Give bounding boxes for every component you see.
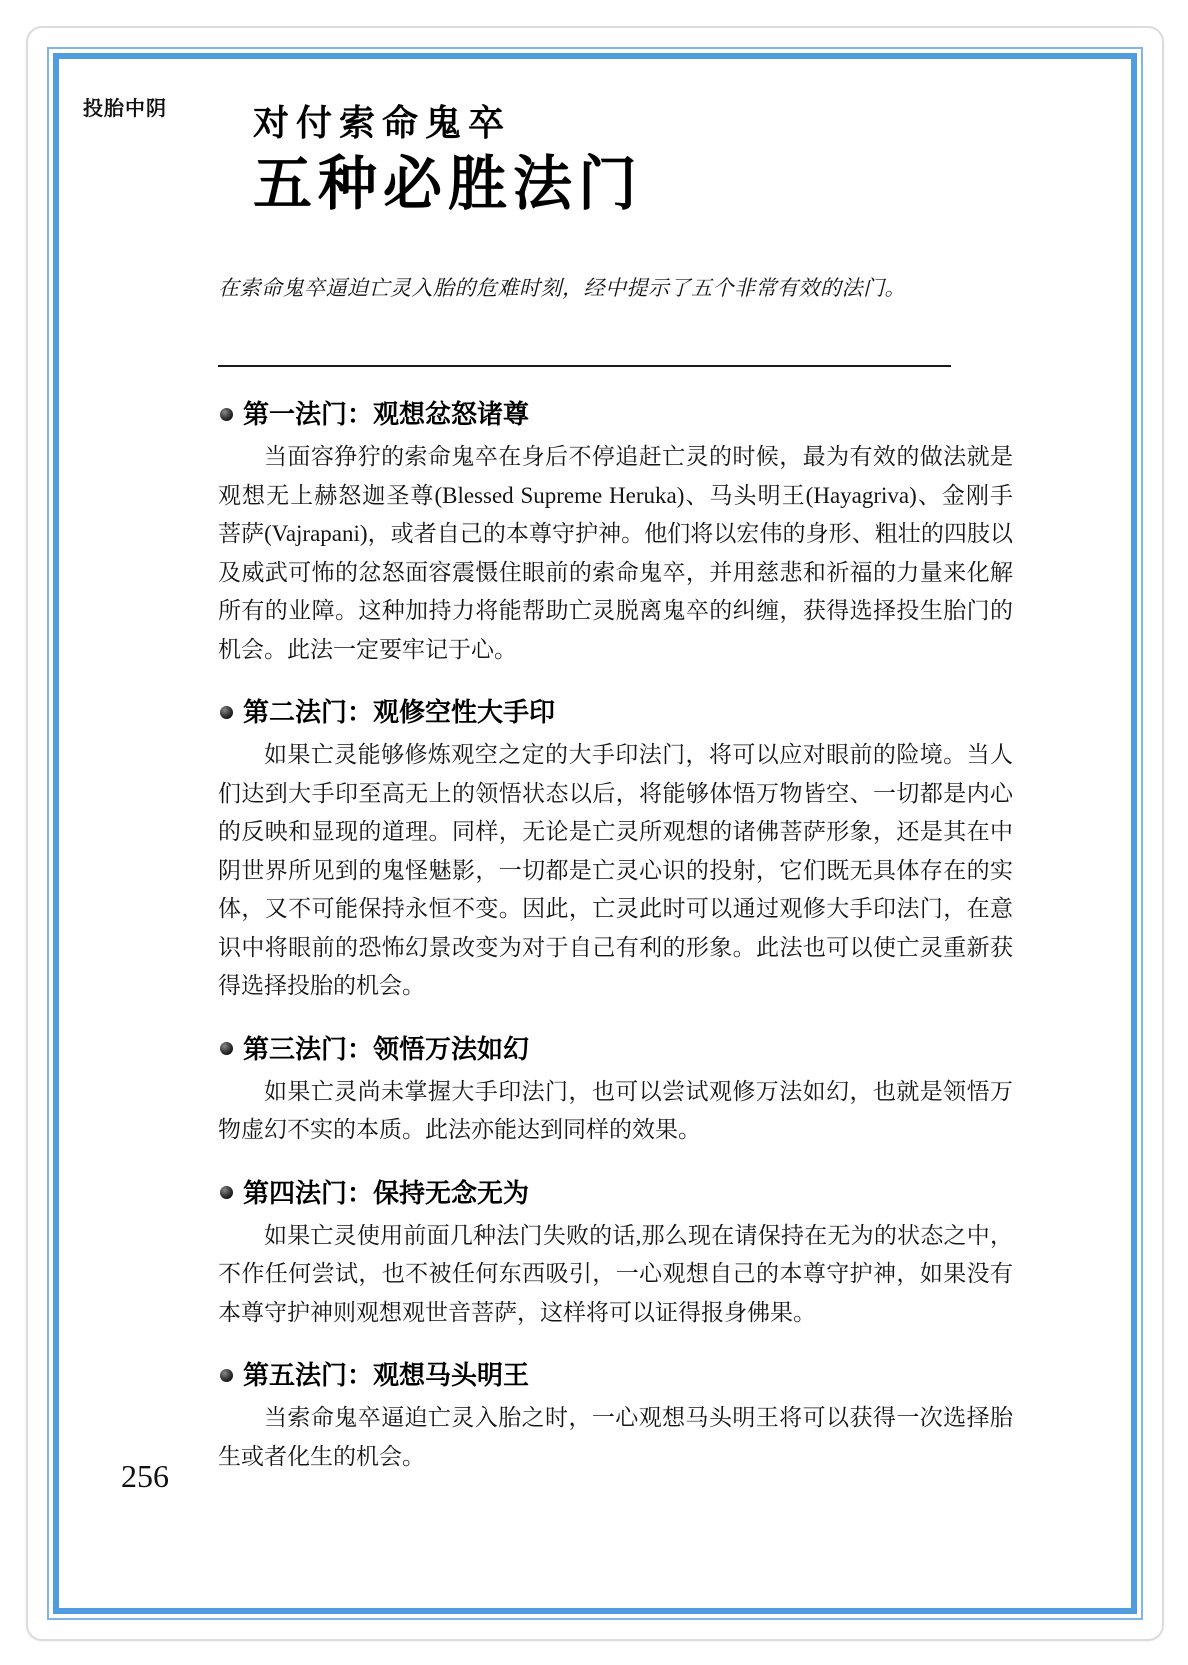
ornament-bullet-icon [220, 706, 233, 719]
ornament-bullet-icon [220, 1369, 233, 1382]
main-content: 在索命鬼卒逼迫亡灵入胎的危难时刻，经中提示了五个非常有效的法门。 第一法门：观想… [218, 272, 1013, 1476]
page-number: 256 [121, 1458, 169, 1495]
section-divider-rule [218, 365, 951, 368]
chapter-margin-label: 投胎中阴 [83, 92, 167, 121]
section-body-2: 如果亡灵能够修炼观空之定的大手印法门，将可以应对眼前的险境。当人们达到大手印至高… [218, 736, 1013, 1006]
ornament-bullet-icon [220, 1186, 233, 1199]
section-heading-label: 第二法门：观修空性大手印 [243, 695, 555, 729]
section-heading-2: 第二法门：观修空性大手印 [218, 695, 1013, 729]
section-body-3: 如果亡灵尚未掌握大手印法门，也可以尝试观修万法如幻，也就是领悟万物虚幻不实的本质… [218, 1073, 1013, 1150]
section-heading-1: 第一法门：观想忿怒诸尊 [218, 397, 1013, 431]
section-heading-4: 第四法门：保持无念无为 [218, 1176, 1013, 1210]
section-heading-3: 第三法门：领悟万法如幻 [218, 1032, 1013, 1066]
section-heading-5: 第五法门：观想马头明王 [218, 1358, 1013, 1392]
ornament-bullet-icon [220, 1042, 233, 1055]
section-body-4: 如果亡灵使用前面几种法门失败的话,那么现在请保持在无为的状态之中，不作任何尝试，… [218, 1217, 1013, 1333]
section-heading-label: 第五法门：观想马头明王 [243, 1358, 529, 1392]
intro-text: 在索命鬼卒逼迫亡灵入胎的危难时刻，经中提示了五个非常有效的法门。 [218, 272, 1013, 305]
section-heading-label: 第一法门：观想忿怒诸尊 [243, 397, 529, 431]
title-block: 对付索命鬼卒 五种必胜法门 [253, 104, 643, 216]
section-heading-label: 第三法门：领悟万法如幻 [243, 1032, 529, 1066]
section-body-1: 当面容狰狞的索命鬼卒在身后不停追赶亡灵的时候，最为有效的做法就是观想无上赫怒迦圣… [218, 438, 1013, 669]
title-kicker: 对付索命鬼卒 [253, 104, 643, 144]
section-heading-label: 第四法门：保持无念无为 [243, 1176, 529, 1210]
page-title: 五种必胜法门 [253, 152, 643, 217]
book-page: 投胎中阴 对付索命鬼卒 五种必胜法门 在索命鬼卒逼迫亡灵入胎的危难时刻，经中提示… [0, 0, 1188, 1665]
section-body-5: 当索命鬼卒逼迫亡灵入胎之时，一心观想马头明王将可以获得一次选择胎生或者化生的机会… [218, 1399, 1013, 1476]
ornament-bullet-icon [220, 408, 233, 421]
